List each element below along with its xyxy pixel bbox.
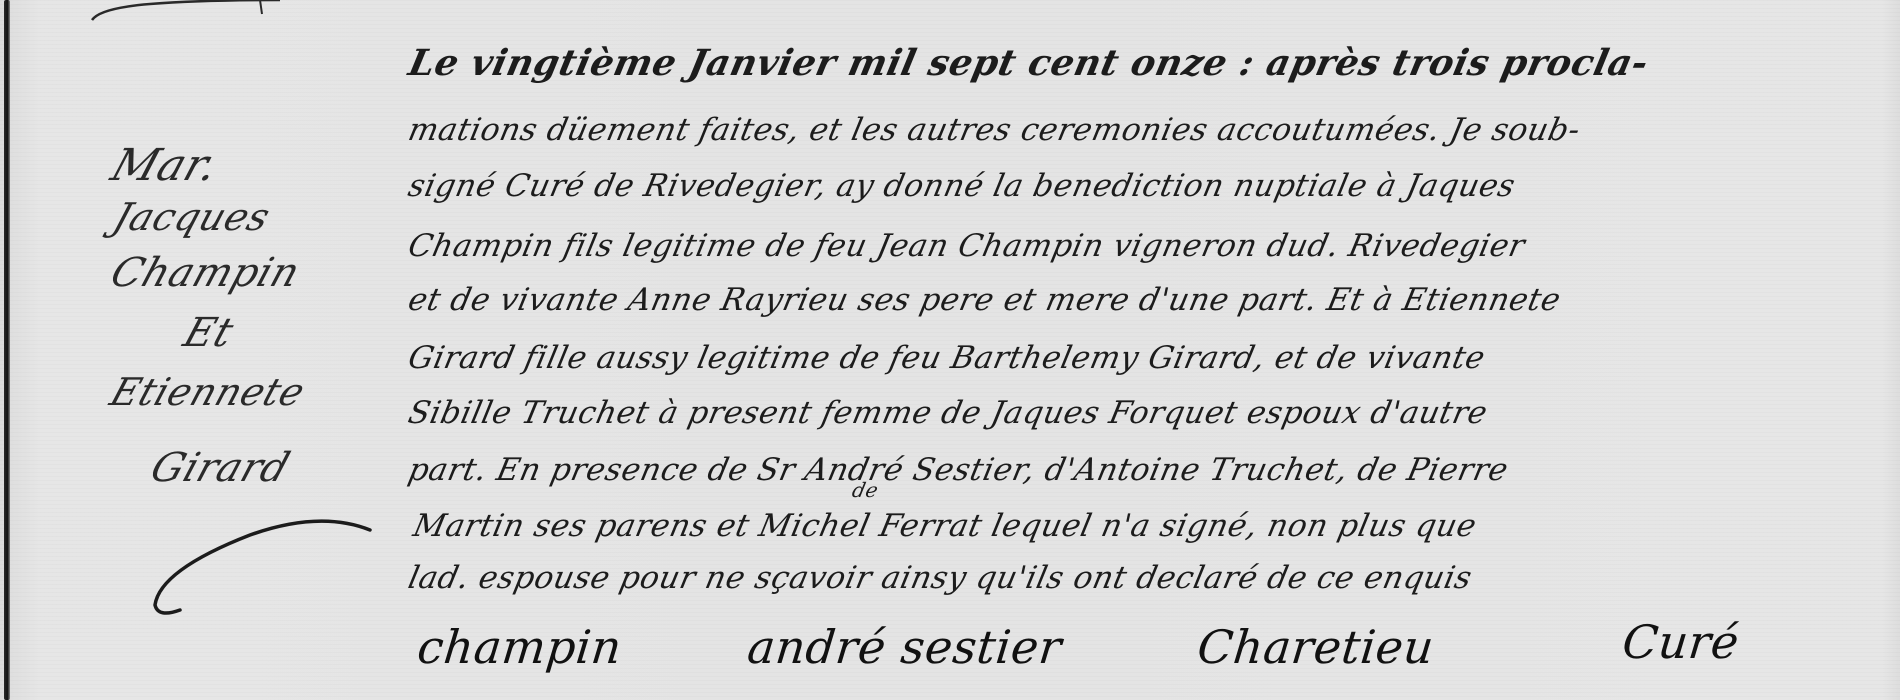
ink-stroke-top	[90, 0, 290, 30]
margin-flourish	[120, 510, 380, 620]
record-line-3: signé Curé de Rivedegier, ay donné la be…	[405, 168, 1519, 204]
record-line-9: Martin ses parens et Michel Ferrat leque…	[410, 508, 1480, 544]
record-line-10: lad. espouse pour ne sçavoir ainsy qu'il…	[405, 560, 1475, 596]
margin-note-line-1: Mar.	[105, 140, 225, 191]
interlinear-insertion: de	[850, 478, 881, 502]
margin-note-line-4: Et	[178, 310, 239, 356]
margin-note-line-6: Girard	[145, 445, 295, 491]
record-line-4: Champin fils legitime de feu Jean Champi…	[405, 228, 1528, 264]
page-binding-edge	[4, 0, 10, 700]
record-line-8: part. En presence de Sr André Sestier, d…	[405, 452, 1512, 488]
record-line-1: Le vingtième Janvier mil sept cent onze …	[405, 42, 1652, 84]
signature-charetieu: Charetieu	[1195, 620, 1437, 674]
signature-andre-sestier: andré sestier	[745, 620, 1064, 674]
scanned-register-page: Mar. Jacques Champin Et Etiennete Girard…	[0, 0, 1900, 700]
signature-champin: champin	[415, 620, 624, 674]
signature-cure-title: Curé	[1620, 615, 1742, 669]
record-line-7: Sibille Truchet à present femme de Jaque…	[405, 395, 1491, 431]
page-right-edge	[1882, 0, 1900, 700]
record-line-6: Girard fille aussy legitime de feu Barth…	[405, 340, 1488, 376]
record-line-2: mations düement faites, et les autres ce…	[405, 112, 1584, 148]
margin-note-line-3: Champin	[105, 250, 306, 296]
record-line-5: et de vivante Anne Rayrieu ses pere et m…	[405, 282, 1564, 318]
margin-note-line-5: Etiennete	[105, 370, 311, 414]
margin-note-line-2: Jacques	[108, 195, 276, 239]
